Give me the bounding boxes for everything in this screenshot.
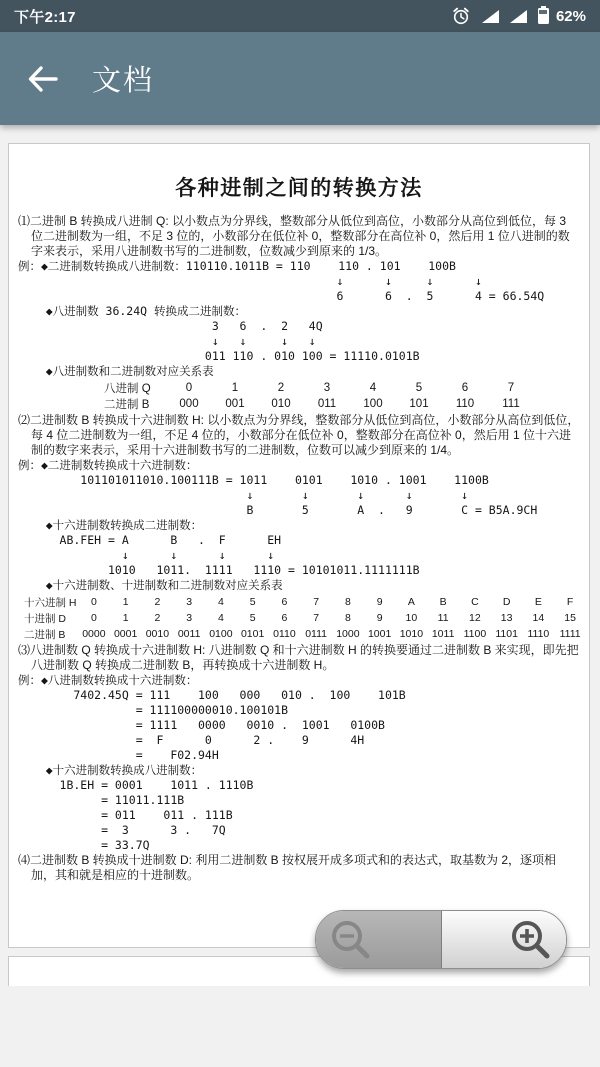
example-block-4: ◆十六进制数转换成二进制数： AB.FEH = A B . F EH ↓ ↓ ↓… [18, 518, 580, 578]
status-icons: 62% [451, 6, 586, 26]
table-cell: 0000 [78, 626, 110, 642]
table-cell: 100 [350, 396, 396, 412]
table-cell: 111 [488, 396, 534, 412]
table-cell: F [554, 594, 586, 610]
table-cell: 000 [166, 396, 212, 412]
table-cell: 8 [332, 594, 364, 610]
table-cell: 1 [212, 380, 258, 396]
table-cell: 10 [396, 610, 428, 626]
table-cell: 0100 [205, 626, 237, 642]
table-cell: 9 [364, 610, 396, 626]
table-cell: 4 [205, 610, 237, 626]
app-bar: 文档 [0, 32, 600, 125]
table-cell: 1 [110, 594, 142, 610]
table-cell: 0 [78, 610, 110, 626]
hex-dec-bin-table: 十六进制 H0123456789ABCDEF十进制 D0123456789101… [24, 594, 586, 642]
table-cell: 011 [304, 396, 350, 412]
app-screen: 下午2:17 62% 文档 各种进制之间的转换方法 ⑴二进制 B 转换成八进制 … [0, 0, 600, 1067]
example-block-6: ◆十六进制数转换成八进制数： 1B.EH = 0001 1011 . 1110B… [18, 763, 580, 853]
table-cell: 0010 [142, 626, 174, 642]
table-cell: 7 [300, 610, 332, 626]
table-cell: 0110 [269, 626, 301, 642]
doc-title: 各种进制之间的转换方法 [18, 172, 580, 202]
table-row: 二进制 B000001010011100101110111 [104, 396, 534, 412]
table-cell: 110 [442, 396, 488, 412]
battery-level [539, 10, 547, 14]
table-cell: 6 [269, 610, 301, 626]
back-button[interactable] [22, 59, 62, 99]
battery-icon [538, 8, 549, 24]
alarm-icon [451, 6, 471, 26]
table-cell: 0011 [173, 626, 205, 642]
table-cell: 2 [142, 594, 174, 610]
table-cell: 5 [237, 610, 269, 626]
octal-table-heading: ◆八进制数和二进制数对应关系表 [18, 364, 580, 379]
table-cell: 0 [166, 380, 212, 396]
status-time: 下午2:17 [14, 6, 76, 27]
table-cell: 6 [442, 380, 488, 396]
status-bar: 下午2:17 62% [0, 0, 600, 32]
table-cell: 0101 [237, 626, 269, 642]
table-cell: A [396, 594, 428, 610]
battery-percent: 62% [556, 8, 586, 25]
row-label: 八进制 Q [104, 380, 166, 396]
octal-binary-table: 八进制 Q01234567二进制 B0000010100111001011101… [104, 380, 534, 412]
para-4: ⑷二进制数 B 转换成十进制数 D: 利用二进制数 B 按权展开成多项式和的表达… [18, 853, 580, 883]
table-cell: 6 [269, 594, 301, 610]
example-block-3: 例：◆二进制数转换成十六进制数： 101101011010.100111B = … [18, 458, 580, 518]
magnifier-plus-icon [509, 918, 553, 962]
table-cell: 1010 [396, 626, 428, 642]
example-block-1: 例：◆二进制数转换成八进制数：110110.1011B = 110 110 . … [18, 259, 580, 304]
table-cell: 4 [205, 594, 237, 610]
table-cell: 13 [491, 610, 523, 626]
table-row: 十进制 D0123456789101112131415 [24, 610, 586, 626]
table-row: 二进制 B00000001001000110100010101100111100… [24, 626, 586, 642]
table-row: 十六进制 H0123456789ABCDEF [24, 594, 586, 610]
document-page-1[interactable]: 各种进制之间的转换方法 ⑴二进制 B 转换成八进制 Q: 以小数点为分界线，整数… [8, 143, 590, 948]
table-cell: 1111 [554, 626, 586, 642]
table-cell: 1101 [491, 626, 523, 642]
row-label: 二进制 B [104, 396, 166, 412]
table-cell: 1000 [332, 626, 364, 642]
table-cell: C [459, 594, 491, 610]
table-cell: E [523, 594, 555, 610]
table-cell: 0 [78, 594, 110, 610]
table-cell: B [427, 594, 459, 610]
table-cell: 12 [459, 610, 491, 626]
row-label: 十六进制 H [24, 594, 78, 610]
signal-icon [482, 10, 499, 23]
para-1: ⑴二进制 B 转换成八进制 Q: 以小数点为分界线，整数部分从低位到高位，小数部… [18, 214, 580, 259]
app-title: 文档 [92, 58, 154, 99]
signal-icon [510, 10, 527, 23]
magnifier-minus-icon [329, 918, 373, 962]
table-cell: 2 [142, 610, 174, 626]
table-cell: 1 [110, 610, 142, 626]
example-block-5: 例：◆八进制数转换成十六进制数： 7402.45Q = 111 100 000 … [18, 673, 580, 763]
table-cell: 7 [300, 594, 332, 610]
table-cell: 3 [173, 594, 205, 610]
table-cell: 0001 [110, 626, 142, 642]
table-cell: 5 [396, 380, 442, 396]
table-cell: 8 [332, 610, 364, 626]
table-cell: 9 [364, 594, 396, 610]
table-cell: D [491, 594, 523, 610]
back-arrow-icon [24, 62, 60, 96]
zoom-in-button[interactable] [442, 911, 567, 968]
table-cell: 101 [396, 396, 442, 412]
table-cell: 0111 [300, 626, 332, 642]
table-row: 八进制 Q01234567 [104, 380, 534, 396]
row-label: 二进制 B [24, 626, 78, 642]
table-cell: 2 [258, 380, 304, 396]
table-cell: 1001 [364, 626, 396, 642]
table-cell: 1011 [427, 626, 459, 642]
example-block-2: ◆八进制数 36.24Q 转换成二进制数： 3 6 . 2 4Q ↓ ↓ ↓ ↓… [18, 304, 580, 364]
para-3: ⑶八进制数 Q 转换成十六进制数 H: 八进制数 Q 和十六进制数 H 的转换要… [18, 643, 580, 673]
table-cell: 001 [212, 396, 258, 412]
zoom-control [315, 910, 567, 969]
table-cell: 4 [350, 380, 396, 396]
table-cell: 1100 [459, 626, 491, 642]
table-cell: 1110 [523, 626, 555, 642]
table-cell: 3 [173, 610, 205, 626]
table-cell: 010 [258, 396, 304, 412]
row-label: 十进制 D [24, 610, 78, 626]
para-2: ⑵二进制数 B 转换成十六进制数 H: 以小数点为分界线，整数部分从低位到高位，… [18, 413, 580, 458]
table-cell: 7 [488, 380, 534, 396]
table-cell: 3 [304, 380, 350, 396]
table-cell: 11 [427, 610, 459, 626]
zoom-out-button[interactable] [316, 911, 442, 968]
hex-table-heading: ◆十六进制数、十进制数和二进制数对应关系表 [18, 578, 580, 593]
table-cell: 14 [523, 610, 555, 626]
table-cell: 15 [554, 610, 586, 626]
table-cell: 5 [237, 594, 269, 610]
